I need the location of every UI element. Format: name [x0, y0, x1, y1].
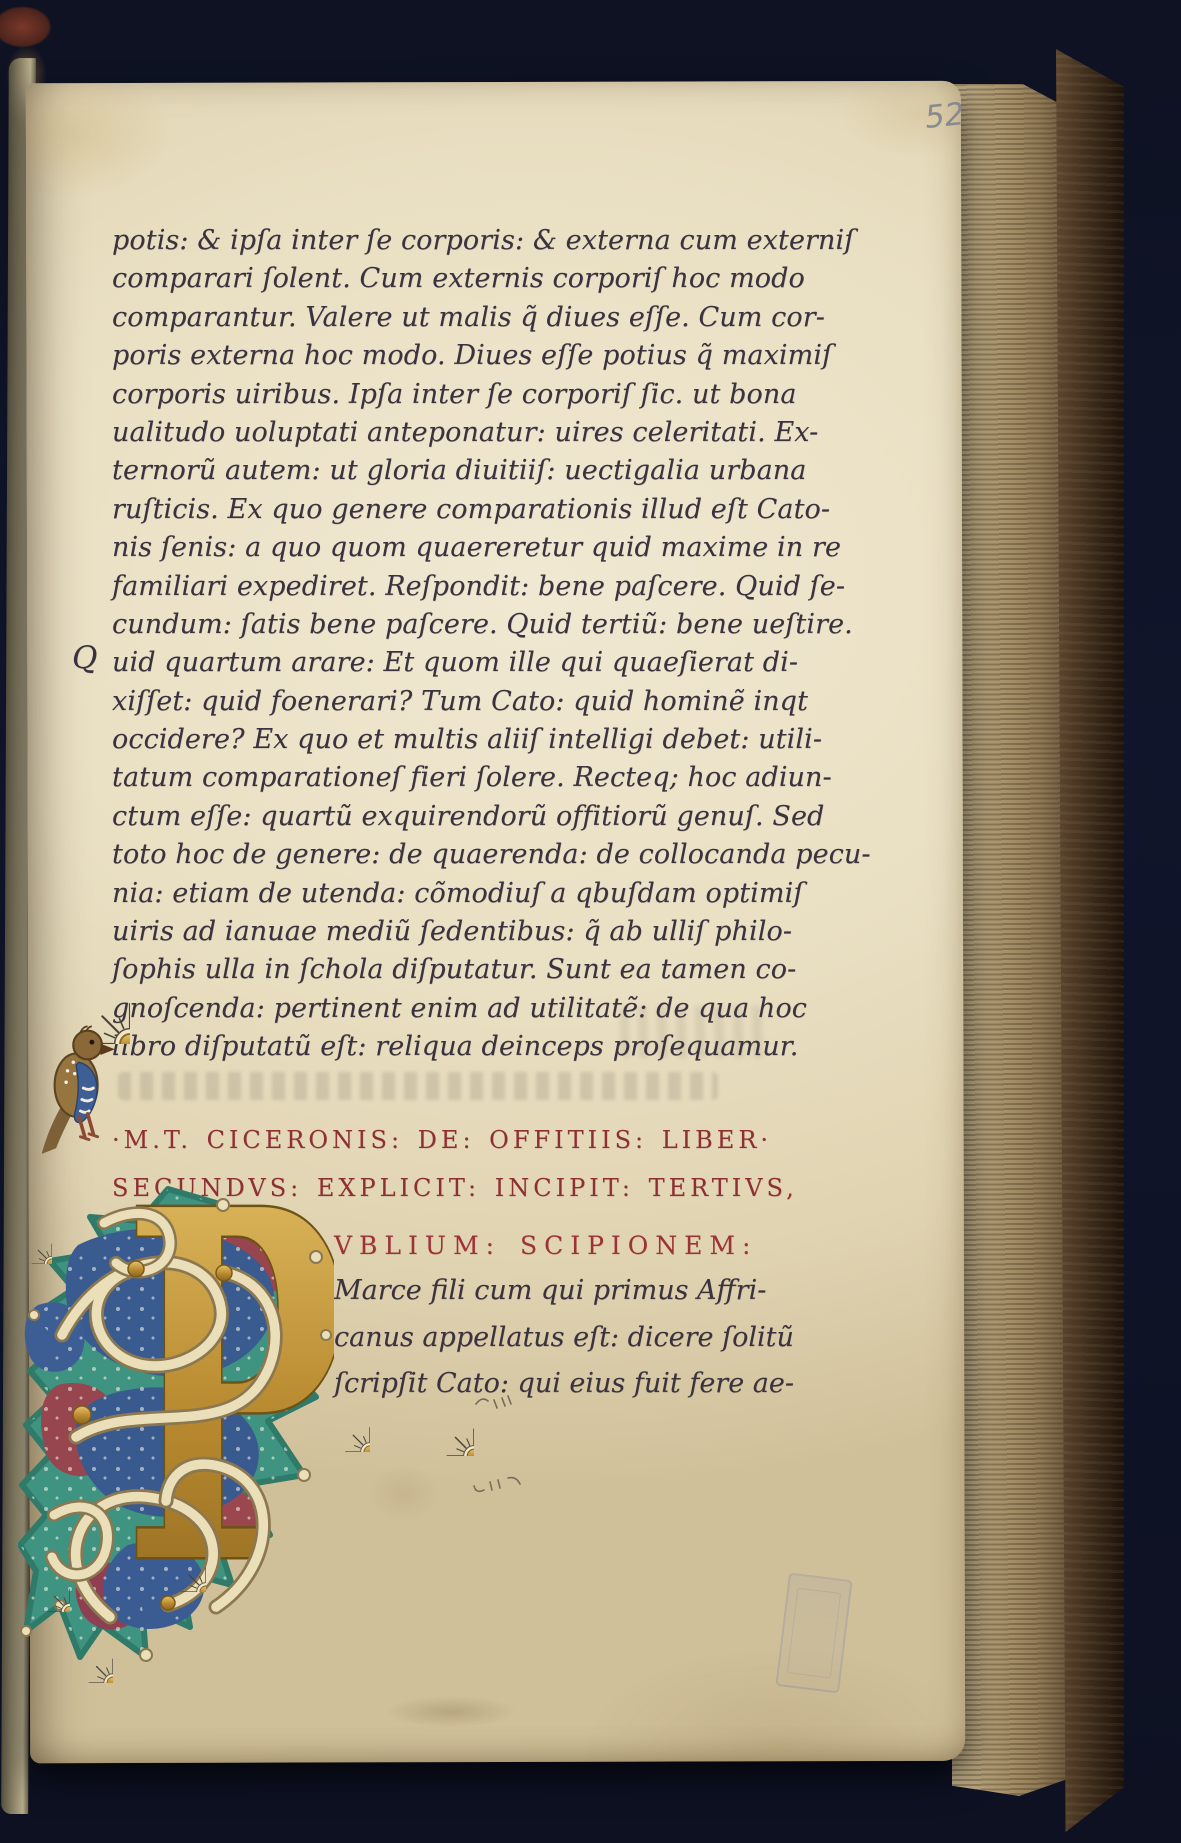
folio-number: 52 — [923, 96, 966, 136]
text-line: familiari expediret. Reſpondit: bene paſ… — [112, 568, 792, 606]
marginal-initial: Q — [72, 640, 97, 676]
main-text-block: potis: & ipſa inter ſe corporis: & exter… — [112, 222, 792, 1067]
text-line: libro diſputatũ eſt: reliqua deinceps pr… — [112, 1028, 792, 1066]
text-line: Marce fili cum qui primus Affri- — [334, 1268, 784, 1315]
text-line: uid quartum arare: Et quom ille qui quae… — [112, 644, 792, 682]
text-line: comparantur. Valere ut malis q̃ diues eſ… — [112, 299, 792, 337]
pen-squiggle — [472, 1390, 518, 1430]
opening-text-block: Marce fili cum qui primus Affri-canus ap… — [334, 1268, 784, 1408]
text-line: gnoſcenda: pertinent enim ad utilitatẽ: … — [112, 990, 792, 1028]
text-line: xiſſet: quid foenerari? Tum Cato: quid h… — [112, 683, 792, 721]
text-line: nis ſenis: a quo quom quaereretur quid m… — [112, 529, 792, 567]
text-line: ſcripſit Cato: qui eius fuit fere ae- — [334, 1361, 784, 1408]
text-line: ualitudo uoluptati anteponatur: uires ce… — [112, 414, 792, 452]
text-line: ctum eſſe: quartũ exquirendorũ offitiorũ… — [112, 798, 792, 836]
text-line: poris externa hoc modo. Diues eſſe potiu… — [112, 337, 792, 375]
ink-showthrough — [118, 1072, 718, 1100]
text-line: uiris ad ianuae mediũ ſedentibus: q̃ ab … — [112, 913, 792, 951]
incipit-red-text: VBLIUM: SCIPIONEM: — [334, 1231, 757, 1260]
text-line: corporis uiribus. Ipſa inter ſe corporiſ… — [112, 376, 792, 414]
rubric-line-1: ·M.T. CICERONIS: DE: OFFITIIS: LIBER· — [112, 1116, 772, 1164]
text-line: nia: etiam de utenda: cõmodiuſ a qbuſdam… — [112, 875, 792, 913]
text-line: comparari ſolent. Cum externis corporiſ … — [112, 260, 792, 298]
sun-doodle-icon — [6, 1218, 52, 1264]
text-line: tatum comparationeſ fieri ſolere. Recteq… — [112, 759, 792, 797]
sun-doodle-icon — [412, 1394, 474, 1456]
sun-doodle-icon — [314, 1396, 370, 1452]
leather-cover-edge — [1056, 42, 1124, 1832]
text-line: ruſticis. Ex quo genere comparationis il… — [112, 491, 792, 529]
text-line: potis: & ipſa inter ſe corporis: & exter… — [112, 222, 792, 260]
sun-doodle-icon — [58, 1628, 113, 1683]
fore-edge-pages — [952, 84, 1074, 1796]
text-line: toto hoc de genere: de quaerenda: de col… — [112, 836, 792, 874]
pen-squiggle — [470, 1452, 526, 1496]
text-line: cundum: ſatis bene paſcere. Quid tertiũ:… — [112, 606, 792, 644]
manuscript-photo: 52 potis: & ipſa inter ſe corporis: & ex… — [0, 0, 1181, 1843]
text-line: ternorũ autem: ut gloria diuitiiſ: uecti… — [112, 452, 792, 490]
text-line: canus appellatus eſt: dicere ſolitũ — [334, 1315, 784, 1362]
sun-doodle-icon — [18, 1560, 70, 1612]
bird-icon — [36, 1018, 122, 1158]
text-line: occidere? Ex quo et multis aliiſ intelli… — [112, 721, 792, 759]
sun-doodle-icon — [150, 1536, 206, 1592]
text-line: ſophis ulla in ſchola diſputatur. Sunt e… — [112, 951, 792, 989]
